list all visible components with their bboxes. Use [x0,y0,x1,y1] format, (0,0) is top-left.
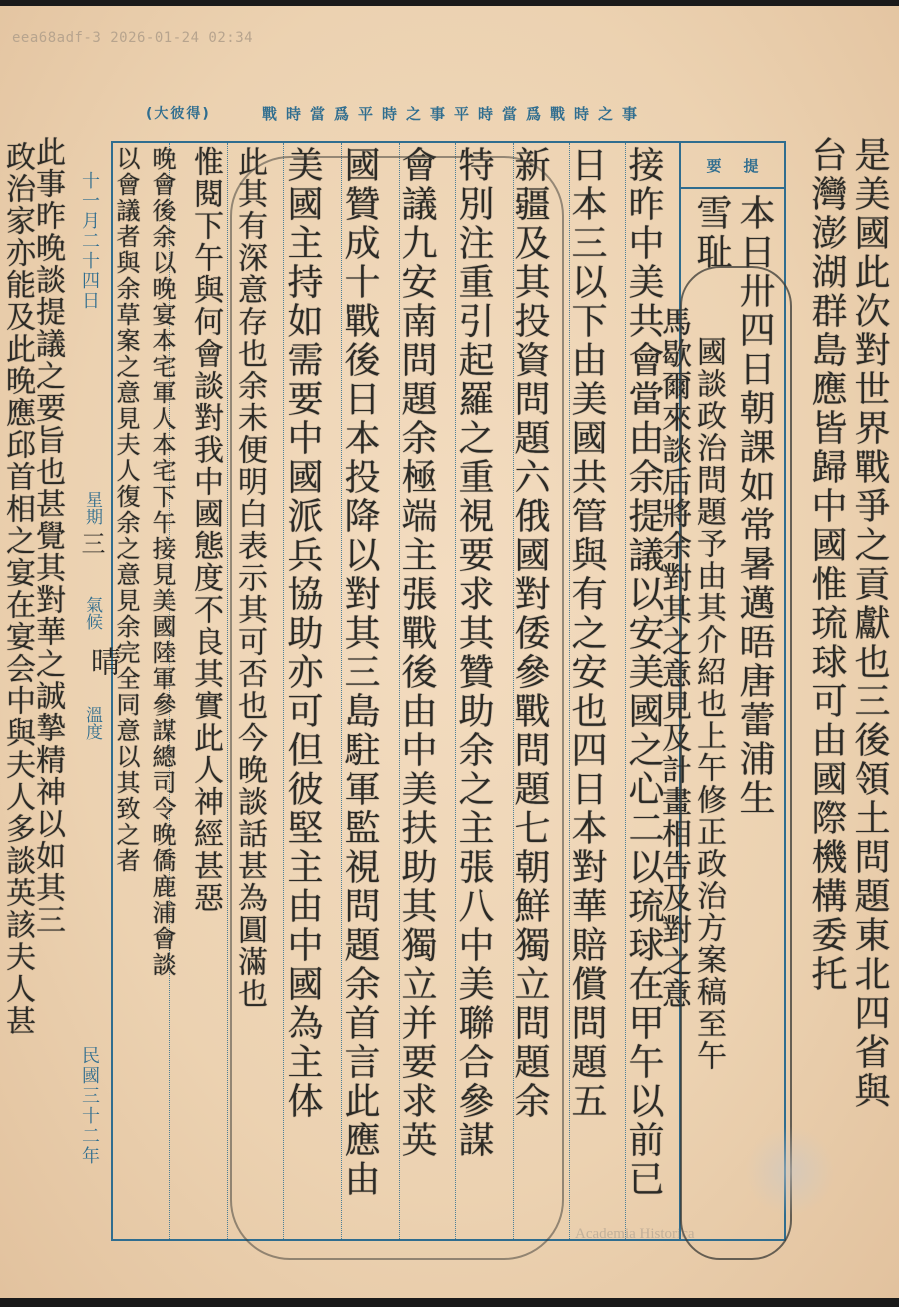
document-page: eea68adf-3 2026-01-24 02:34 (大彼得) 戰時當爲平時… [0,6,899,1298]
body-column-9: 惟閱下午與何會談對我中國態度不良其實此人神經甚惡 [190,146,220,1236]
ink-circle-annotation [680,266,792,1260]
right-margin-column-1: 是美國此次對世界戰爭之貢獻也三後領土問題東北四省與 [851,136,887,1176]
archive-watermark: Academia Historica [575,1226,695,1243]
overlay-stamp: eea68adf-3 2026-01-24 02:34 [12,30,253,46]
temperature-label: 溫度 [80,706,105,740]
publisher-mark: (大彼得) [146,103,211,123]
body-column-2: 日本三以下由美國共管與有之安也四日本對華賠償問題五 [568,146,604,1236]
weather-label: 氣候 [80,596,105,630]
summary-title-char: 提 [744,155,759,176]
left-margin-column-2: 政治家亦能及此晚應邱首相之宴在宴会中與夫人多談英該夫人甚 [2,141,32,1298]
year-printed: 民國三十二年 [76,1046,102,1166]
printed-motto-header: 戰時當爲平時之事平時當爲戰時之事 [262,103,646,124]
right-margin-column-2: 台灣澎湖群島應皆歸中國惟琉球可由國際機構委托 [808,136,844,1176]
body-column-11: 以會議者與余草案之意見夫人復余之意見余完全同意以其致之者 [114,146,138,1298]
left-margin-column-1: 此事昨晚談提議之要旨也甚覺其對華之誠摯精神以如其三 [32,136,62,1296]
weekday-value: 三 [74,531,109,555]
ink-loop-annotation [230,156,564,1260]
ink-smudge [745,1126,835,1216]
body-column-10: 晚會後余以晚宴本宅軍人本宅下午接見美國陸軍參謀總司令晚僑鹿浦會談 [150,146,174,1286]
column-rule [227,143,228,1239]
weekday-label: 星期 [80,491,105,525]
weather-value: 晴 [80,646,124,676]
summary-title: 要 提 [681,143,784,189]
body-column-1: 接昨中美共會當由余提議以安美國之心二以琉球在甲午以前已 [625,146,661,1236]
date-printed: 十一月二十四日 [76,171,102,471]
summary-title-char: 要 [706,155,721,176]
